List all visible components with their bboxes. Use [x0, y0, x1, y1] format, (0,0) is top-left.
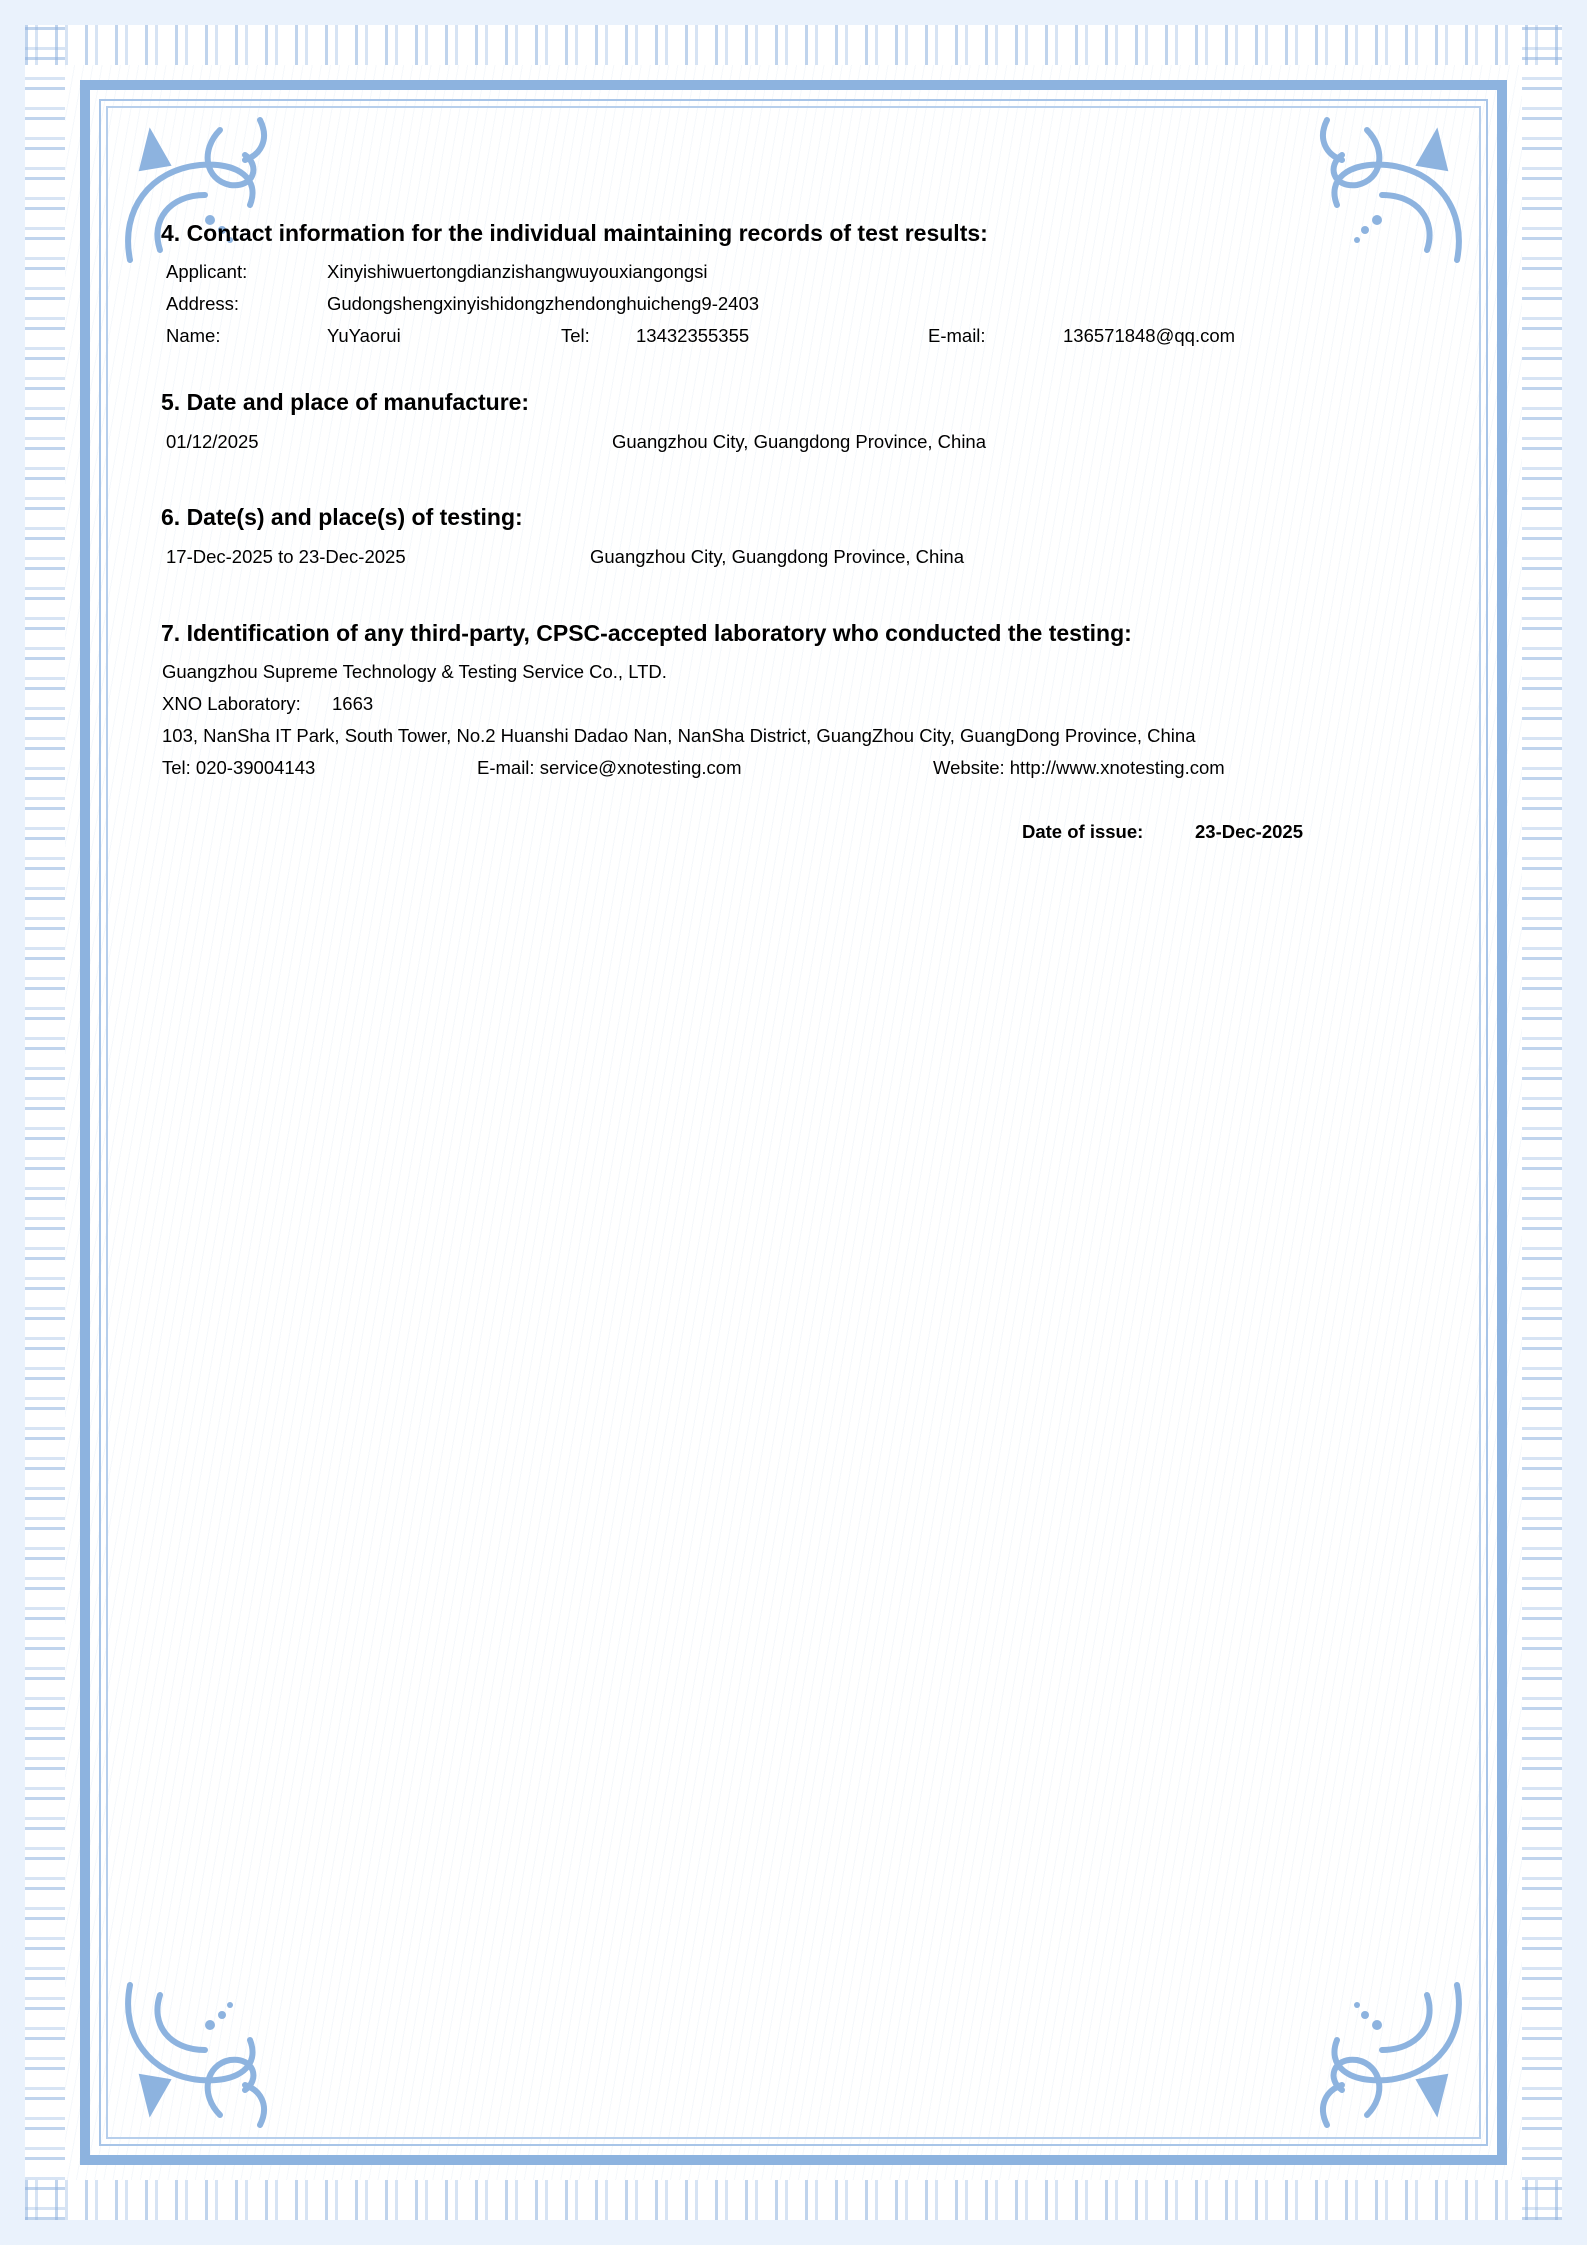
corner-flourish-icon: [1307, 1965, 1477, 2135]
tel-label: Tel:: [561, 325, 590, 347]
issue-date-label: Date of issue:: [1022, 821, 1143, 843]
section-7-heading: 7. Identification of any third-party, CP…: [161, 620, 1132, 647]
lab-id-label: XNO Laboratory:: [162, 693, 301, 715]
lab-tel: Tel: 020-39004143: [162, 757, 315, 779]
corner-flourish-icon: [110, 1965, 280, 2135]
testing-place: Guangzhou City, Guangdong Province, Chin…: [590, 546, 964, 568]
applicant-value: Xinyishiwuertongdianzishangwuyouxiangong…: [327, 261, 708, 283]
lab-email: E-mail: service@xnotesting.com: [477, 757, 742, 779]
name-value: YuYaorui: [327, 325, 401, 347]
email-value: 136571848@qq.com: [1063, 325, 1235, 347]
applicant-label: Applicant:: [166, 261, 247, 283]
address-value: Gudongshengxinyishidongzhendonghuicheng9…: [327, 293, 759, 315]
manufacture-place: Guangzhou City, Guangdong Province, Chin…: [612, 431, 986, 453]
issue-date-value: 23-Dec-2025: [1195, 821, 1303, 843]
section-6-heading: 6. Date(s) and place(s) of testing:: [161, 504, 523, 531]
corner-flourish-icon: [110, 110, 280, 280]
tel-value: 13432355355: [636, 325, 749, 347]
section-4-heading: 4. Contact information for the individua…: [161, 220, 988, 247]
lab-id-value: 1663: [332, 693, 373, 715]
testing-dates: 17-Dec-2025 to 23-Dec-2025: [166, 546, 406, 568]
name-label: Name:: [166, 325, 221, 347]
lab-address: 103, NanSha IT Park, South Tower, No.2 H…: [162, 725, 1196, 747]
manufacture-date: 01/12/2025: [166, 431, 259, 453]
corner-flourish-icon: [1307, 110, 1477, 280]
email-label: E-mail:: [928, 325, 986, 347]
lab-name: Guangzhou Supreme Technology & Testing S…: [162, 661, 667, 683]
section-5-heading: 5. Date and place of manufacture:: [161, 389, 529, 416]
lab-website: Website: http://www.xnotesting.com: [933, 757, 1225, 779]
address-label: Address:: [166, 293, 239, 315]
